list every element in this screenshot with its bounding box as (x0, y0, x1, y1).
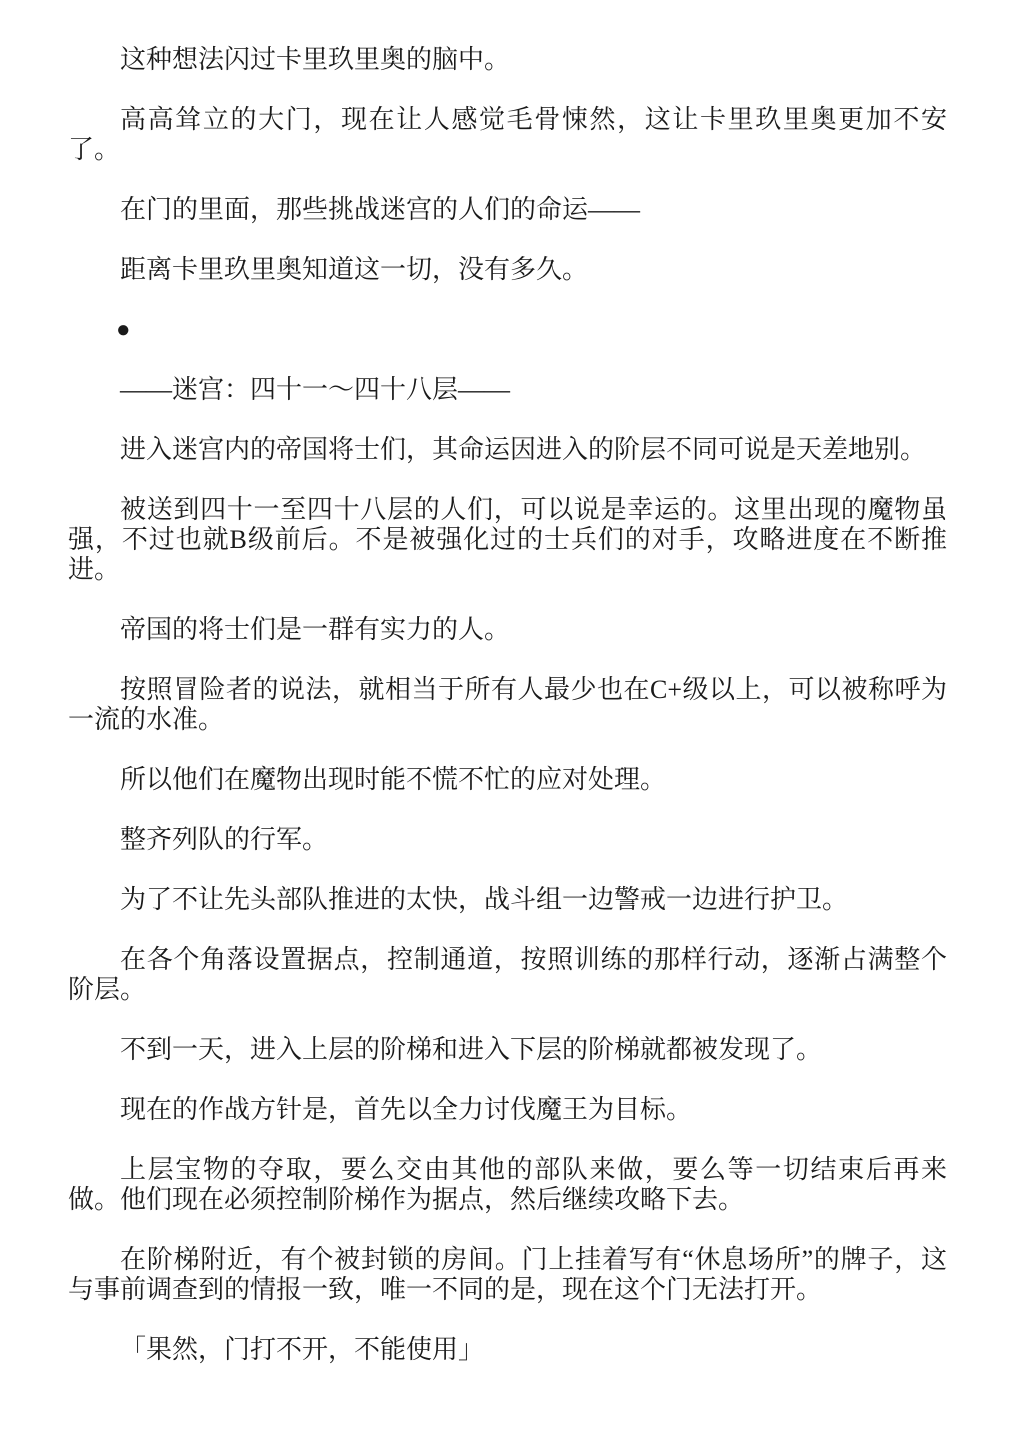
paragraph: 按照冒险者的说法，就相当于所有人最少也在C+级以上，可以被称呼为一流的水准。 (68, 675, 947, 735)
paragraph: 被送到四十一至四十八层的人们，可以说是幸运的。这里出现的魔物虽强，不过也就B级前… (68, 495, 947, 585)
paragraph: 帝国的将士们是一群有实力的人。 (68, 615, 947, 645)
paragraph: 现在的作战方针是，首先以全力讨伐魔王为目标。 (68, 1095, 947, 1125)
paragraph: 高高耸立的大门，现在让人感觉毛骨悚然，这让卡里玖里奥更加不安了。 (68, 105, 947, 165)
paragraph: 在门的里面，那些挑战迷宫的人们的命运—— (68, 195, 947, 225)
paragraph: 在各个角落设置据点，控制通道，按照训练的那样行动，逐渐占满整个阶层。 (68, 945, 947, 1005)
paragraph: 整齐列队的行军。 (68, 825, 947, 855)
paragraph: 上层宝物的夺取，要么交由其他的部队来做，要么等一切结束后再来做。他们现在必须控制… (68, 1155, 947, 1215)
paragraph: 在阶梯附近，有个被封锁的房间。门上挂着写有“休息场所”的牌子，这与事前调查到的情… (68, 1245, 947, 1305)
paragraph: 进入迷宫内的帝国将士们，其命运因进入的阶层不同可说是天差地别。 (68, 435, 947, 465)
paragraph: 这种想法闪过卡里玖里奥的脑中。 (68, 45, 947, 75)
section-heading: ——迷宫：四十一～四十八层—— (68, 375, 947, 405)
paragraph: 距离卡里玖里奥知道这一切，没有多久。 (68, 255, 947, 285)
paragraph: 为了不让先头部队推进的太快，战斗组一边警戒一边进行护卫。 (68, 885, 947, 915)
section-break-bullet: ● (68, 315, 947, 345)
document-page: 这种想法闪过卡里玖里奥的脑中。高高耸立的大门，现在让人感觉毛骨悚然，这让卡里玖里… (0, 0, 1017, 1437)
paragraph: 所以他们在魔物出现时能不慌不忙的应对处理。 (68, 765, 947, 795)
paragraph: 不到一天，进入上层的阶梯和进入下层的阶梯就都被发现了。 (68, 1035, 947, 1065)
paragraph: 「果然，门打不开，不能使用」 (68, 1335, 947, 1365)
